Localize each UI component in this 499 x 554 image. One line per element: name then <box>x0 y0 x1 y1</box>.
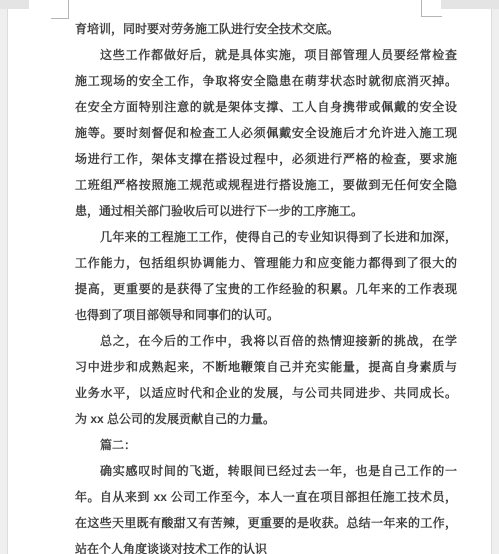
text-line[interactable]: 为 xx 总公司的发展贡献自己的力量。 <box>75 406 457 432</box>
text-line[interactable]: 在这些天里既有酸甜又有苦辣，更重要的是收获。总结一年来的工作， <box>75 510 457 536</box>
page-gutter-right <box>491 0 499 554</box>
top-right-background-block <box>441 0 499 9</box>
text-line[interactable]: 总之，在今后的工作中，我将以百倍的热情迎接新的挑战，在学 <box>75 328 457 354</box>
text-line[interactable]: 场进行工作，架体支撑在搭设过程中，必须进行严格的检查，要求施 <box>75 146 457 172</box>
text-line[interactable]: 施工现场的安全工作，争取将安全隐患在萌芽状态时就彻底消灭掉。 <box>75 68 457 94</box>
page-gutter-left <box>0 0 8 554</box>
text-line[interactable]: 业务水平，以适应时代和企业的发展，与公司共同进步、共同成长。 <box>75 380 457 406</box>
document-page[interactable]: 育培训，同时要对劳务施工队进行安全技术交底。这些工作都做好后，就是具体实施，项目… <box>0 0 499 554</box>
text-line[interactable]: 篇二： <box>75 432 457 458</box>
text-line[interactable]: 这些工作都做好后，就是具体实施，项目部管理人员要经常检查 <box>75 42 457 68</box>
text-line[interactable]: 习中进步和成熟起来，不断地鞭策自己并充实能量，提高自身素质与 <box>75 354 457 380</box>
text-line[interactable]: 确实感叹时间的飞逝，转眼间已经过去一年，也是自己工作的一 <box>75 458 457 484</box>
text-line[interactable]: 也得到了项目部领导和同事们的认可。 <box>75 302 457 328</box>
margin-crop-mark-top-right <box>421 0 422 16</box>
text-line[interactable]: 年。自从来到 xx 公司工作至今，本人一直在项目部担任施工技术员， <box>75 484 457 510</box>
margin-crop-mark-top-left <box>51 18 69 19</box>
text-line[interactable]: 在安全方面特别注意的就是架体支撑、工人自身携带或佩戴的安全设 <box>75 94 457 120</box>
text-line[interactable]: 育培训，同时要对劳务施工队进行安全技术交底。 <box>75 16 457 42</box>
text-line[interactable]: 工班组严格按照施工规范或规程进行搭设施工，要做到无任何安全隐 <box>75 172 457 198</box>
text-line[interactable]: 施等。要时刻督促和检查工人必须佩戴安全设施后才允许进入施工现 <box>75 120 457 146</box>
text-line[interactable]: 站在个人角度谈谈对技术工作的认识 <box>75 536 457 554</box>
text-line[interactable]: 患，通过相关部门验收后可以进行下一步的工序施工。 <box>75 198 457 224</box>
text-line[interactable]: 工作能力，包括组织协调能力、管理能力和应变能力都得到了很大的 <box>75 250 457 276</box>
text-line[interactable]: 几年来的工程施工工作，使得自己的专业知识得到了长进和加深， <box>75 224 457 250</box>
margin-crop-mark-top-left <box>68 0 69 18</box>
text-line[interactable]: 提高，更重要的是获得了宝贵的工作经验的积累。几年来的工作表现 <box>75 276 457 302</box>
top-left-background-block <box>0 0 29 9</box>
document-text[interactable]: 育培训，同时要对劳务施工队进行安全技术交底。这些工作都做好后，就是具体实施，项目… <box>75 16 457 554</box>
